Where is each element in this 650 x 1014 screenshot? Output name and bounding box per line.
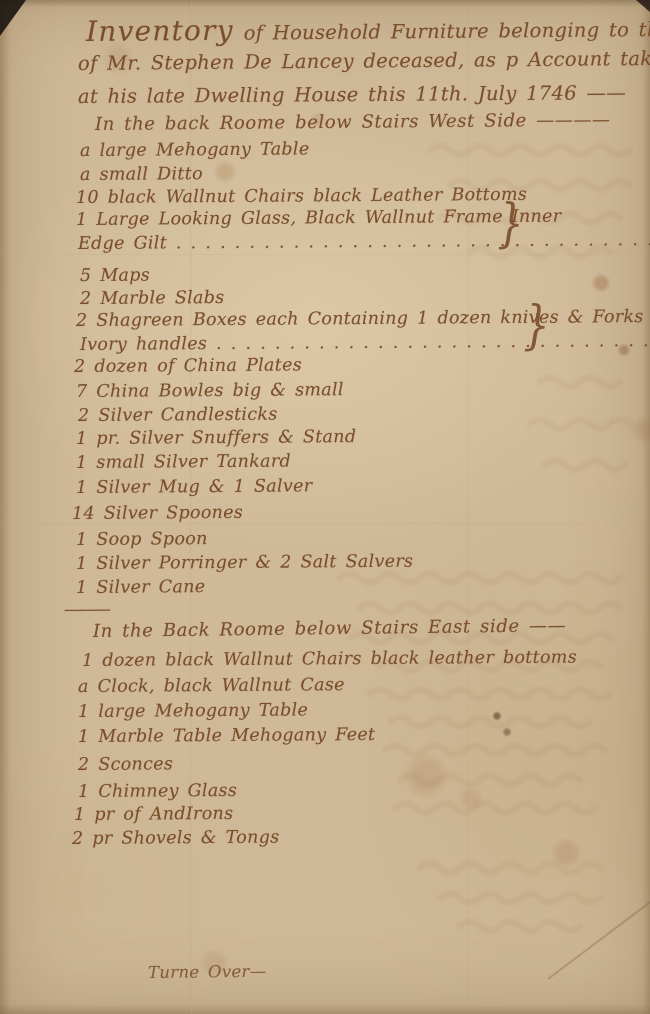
inventory-line: a small Ditto (80, 164, 203, 187)
title-lead-word: Inventory (86, 14, 234, 48)
inventory-line: 5 Maps (80, 266, 150, 288)
fold-mark-bottom-right (547, 882, 650, 980)
inventory-line: 1 Large Looking Glass, Black Wallnut Fra… (76, 207, 562, 232)
inventory-line: 10 black Wallnut Chairs black Leather Bo… (76, 185, 527, 210)
inventory-line: 2 pr Shovels & Tongs (72, 828, 280, 851)
inventory-line: 1 Silver Cane (76, 577, 206, 600)
inventory-line: 2 dozen of China Plates (74, 355, 302, 378)
inventory-line: 2 Silver Candlesticks (78, 405, 278, 428)
inventory-line: 1 dozen black Wallnut Chairs black leath… (82, 648, 577, 673)
margin-dash-mark: ——— (64, 600, 109, 622)
inventory-line: 1 Soop Spoon (76, 529, 208, 552)
inventory-line: a Clock, black Wallnut Case (78, 675, 345, 699)
title-rest: of Household Furniture belonging to the … (244, 17, 650, 44)
inventory-line: Ivory handles . . . . . . . . . . . . . … (80, 331, 650, 357)
inventory-line: a large Mehogany Table (80, 139, 310, 162)
inventory-line: 1 Silver Porringer & 2 Salt Salvers (76, 552, 413, 576)
inventory-line: 1 pr of AndIrons (74, 804, 234, 827)
inventory-line: 1 Silver Mug & 1 Salver (76, 476, 313, 500)
inventory-line: 2 Shagreen Boxes each Containing 1 dozen… (76, 307, 644, 333)
title-line-3: at his late Dwelling House this 11th. Ju… (78, 81, 626, 109)
inventory-line: 2 Marble Slabs (80, 288, 225, 311)
section-heading-east: In the Back Roome below Stairs East side… (93, 615, 566, 643)
ink-brace: } (523, 298, 549, 355)
manuscript-page: Inventoryof Household Furniture belongin… (0, 0, 650, 1014)
ink-brace: } (497, 196, 523, 253)
inventory-line: Edge Gilt . . . . . . . . . . . . . . . … (78, 230, 650, 256)
inventory-line: 1 small Silver Tankard (76, 451, 291, 474)
section-heading-west: In the back Roome below Stairs West Side… (95, 110, 611, 137)
inventory-line: 7 China Bowles big & small (76, 380, 344, 404)
inventory-line: 1 Marble Table Mehogany Feet (78, 725, 376, 749)
inventory-line: 1 large Mehogany Table (78, 700, 308, 723)
inventory-line: 14 Silver Spoones (72, 503, 243, 526)
document-title: Inventoryof Household Furniture belongin… (86, 8, 650, 49)
inventory-line: 2 Sconces (78, 754, 173, 777)
inventory-line: 1 Chimney Glass (78, 781, 237, 804)
torn-corner-top-left (0, 0, 26, 36)
title-line-2: of Mr. Stephen De Lancey deceased, as p … (78, 46, 650, 76)
turn-over-note: Turne Over— (148, 962, 267, 984)
vertical-fold-crease (468, 0, 470, 1014)
inventory-line: 1 pr. Silver Snuffers & Stand (76, 427, 356, 451)
